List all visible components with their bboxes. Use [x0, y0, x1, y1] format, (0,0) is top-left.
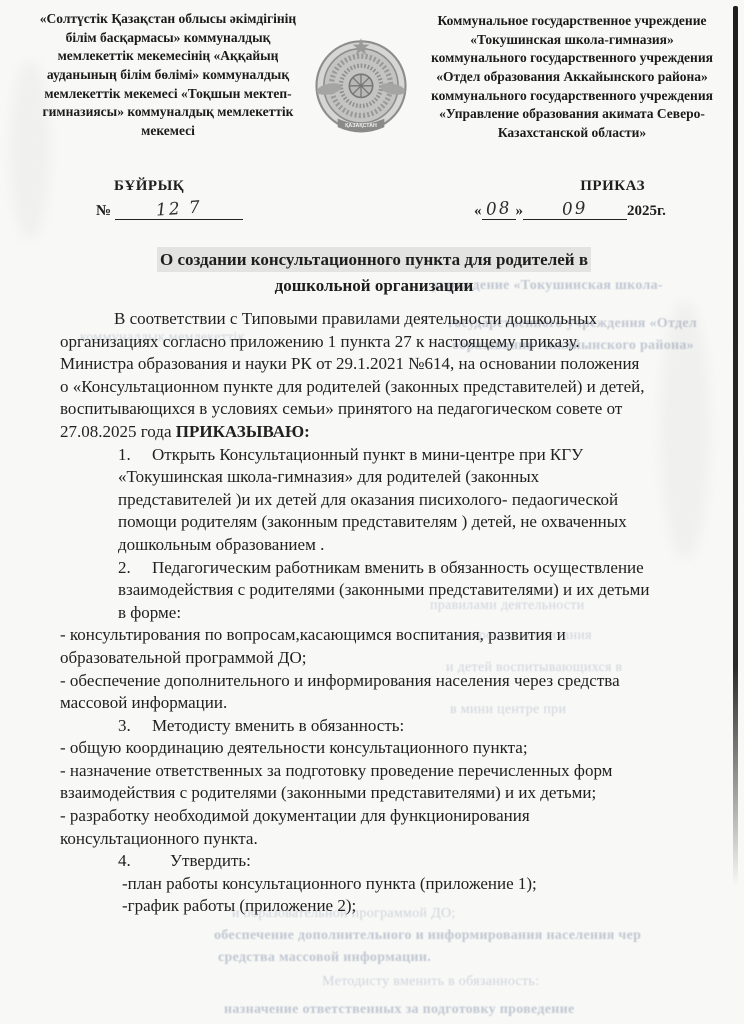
- item-number: 2.: [118, 557, 152, 580]
- kazakhstan-coat-of-arms-icon: ҚАЗАҚСТАН: [308, 36, 414, 142]
- item-text: Утвердить:: [152, 851, 251, 870]
- order-item-2: 2.Педагогическим работникам вменить в об…: [60, 557, 652, 625]
- scanned-document-page: учреждение «Токушинская школа- государст…: [0, 0, 744, 1024]
- order-item-4: 4.Утвердить:: [60, 850, 652, 873]
- order-word-russian: ПРИКАЗ: [545, 178, 645, 195]
- date-month-blank: 09: [523, 199, 627, 220]
- item-text: Методисту вменить в обязанность:: [152, 716, 404, 735]
- document-title: О создании консультационного пункта для …: [104, 247, 644, 300]
- ghost-text-line: средства массовой информации.: [218, 950, 431, 966]
- intro-paragraph: В соответствии с Типовыми правилами деят…: [60, 308, 652, 444]
- order-item-4-sub-2: -график работы (приложение 2);: [60, 895, 652, 918]
- order-item-3-sub-3: - разработку необходимой документации дл…: [60, 805, 652, 850]
- scanner-edge-shadow: [733, 6, 738, 886]
- order-word-kazakh: БҰЙРЫҚ: [114, 178, 184, 195]
- ghost-text-line: назначение ответственных за подготовку п…: [224, 1002, 575, 1018]
- item-text: Открыть Консультационный пункт в мини-це…: [118, 445, 627, 554]
- item-number: 3.: [118, 715, 152, 738]
- order-number-blank: 12 7: [115, 199, 243, 220]
- organization-name-russian: Коммунальное государственное учреждение …: [428, 12, 716, 142]
- handwritten-day: 08: [485, 198, 512, 220]
- number-sign: №: [96, 203, 111, 219]
- handwritten-order-number: 12 7: [155, 197, 202, 220]
- order-item-1: 1.Открыть Консультационный пункт в мини-…: [60, 444, 652, 557]
- order-item-2-sub-1: - консультирования по вопросам,касающимс…: [60, 624, 652, 669]
- svg-text:ҚАЗАҚСТАН: ҚАЗАҚСТАН: [345, 123, 377, 129]
- item-number: 4.: [118, 850, 152, 873]
- quote-open: «: [474, 203, 482, 219]
- date-day-blank: 08: [482, 199, 516, 220]
- item-number: 1.: [118, 444, 152, 467]
- ghost-text-line: Методисту вменить в обязанность:: [322, 974, 539, 990]
- handwritten-month: 09: [562, 198, 589, 220]
- decree-word: ПРИКАЗЫВАЮ:: [176, 422, 310, 441]
- order-number-row: №12 7: [96, 199, 243, 220]
- organization-name-kazakh: «Солтүстік Қазақстан облысы әкімдігінің …: [34, 10, 302, 140]
- order-item-4-sub-1: -план работы консультационного пункта (п…: [60, 873, 652, 896]
- quote-close: »: [516, 203, 524, 219]
- order-item-3-sub-1: - общую координацию деятельности консуль…: [60, 737, 652, 760]
- item-text: Педагогическим работникам вменить в обяз…: [118, 558, 649, 622]
- document-title-line1: О создании консультационного пункта для …: [160, 250, 588, 269]
- order-item-3-sub-2: - назначение ответственных за подготовку…: [60, 760, 652, 805]
- order-item-3: 3.Методисту вменить в обязанность:: [60, 715, 652, 738]
- intro-text: В соответствии с Типовыми правилами деят…: [60, 309, 645, 441]
- order-date-row: «08»092025г.: [474, 199, 666, 220]
- document-body: В соответствии с Типовыми правилами деят…: [60, 308, 652, 918]
- document-title-line2: дошкольной организации: [275, 276, 474, 295]
- year-label: 2025г.: [627, 203, 666, 219]
- ghost-text-line: обеспечение дополнительного и информиров…: [214, 928, 641, 944]
- order-item-2-sub-2: - обеспечение дополнительного и информир…: [60, 670, 652, 715]
